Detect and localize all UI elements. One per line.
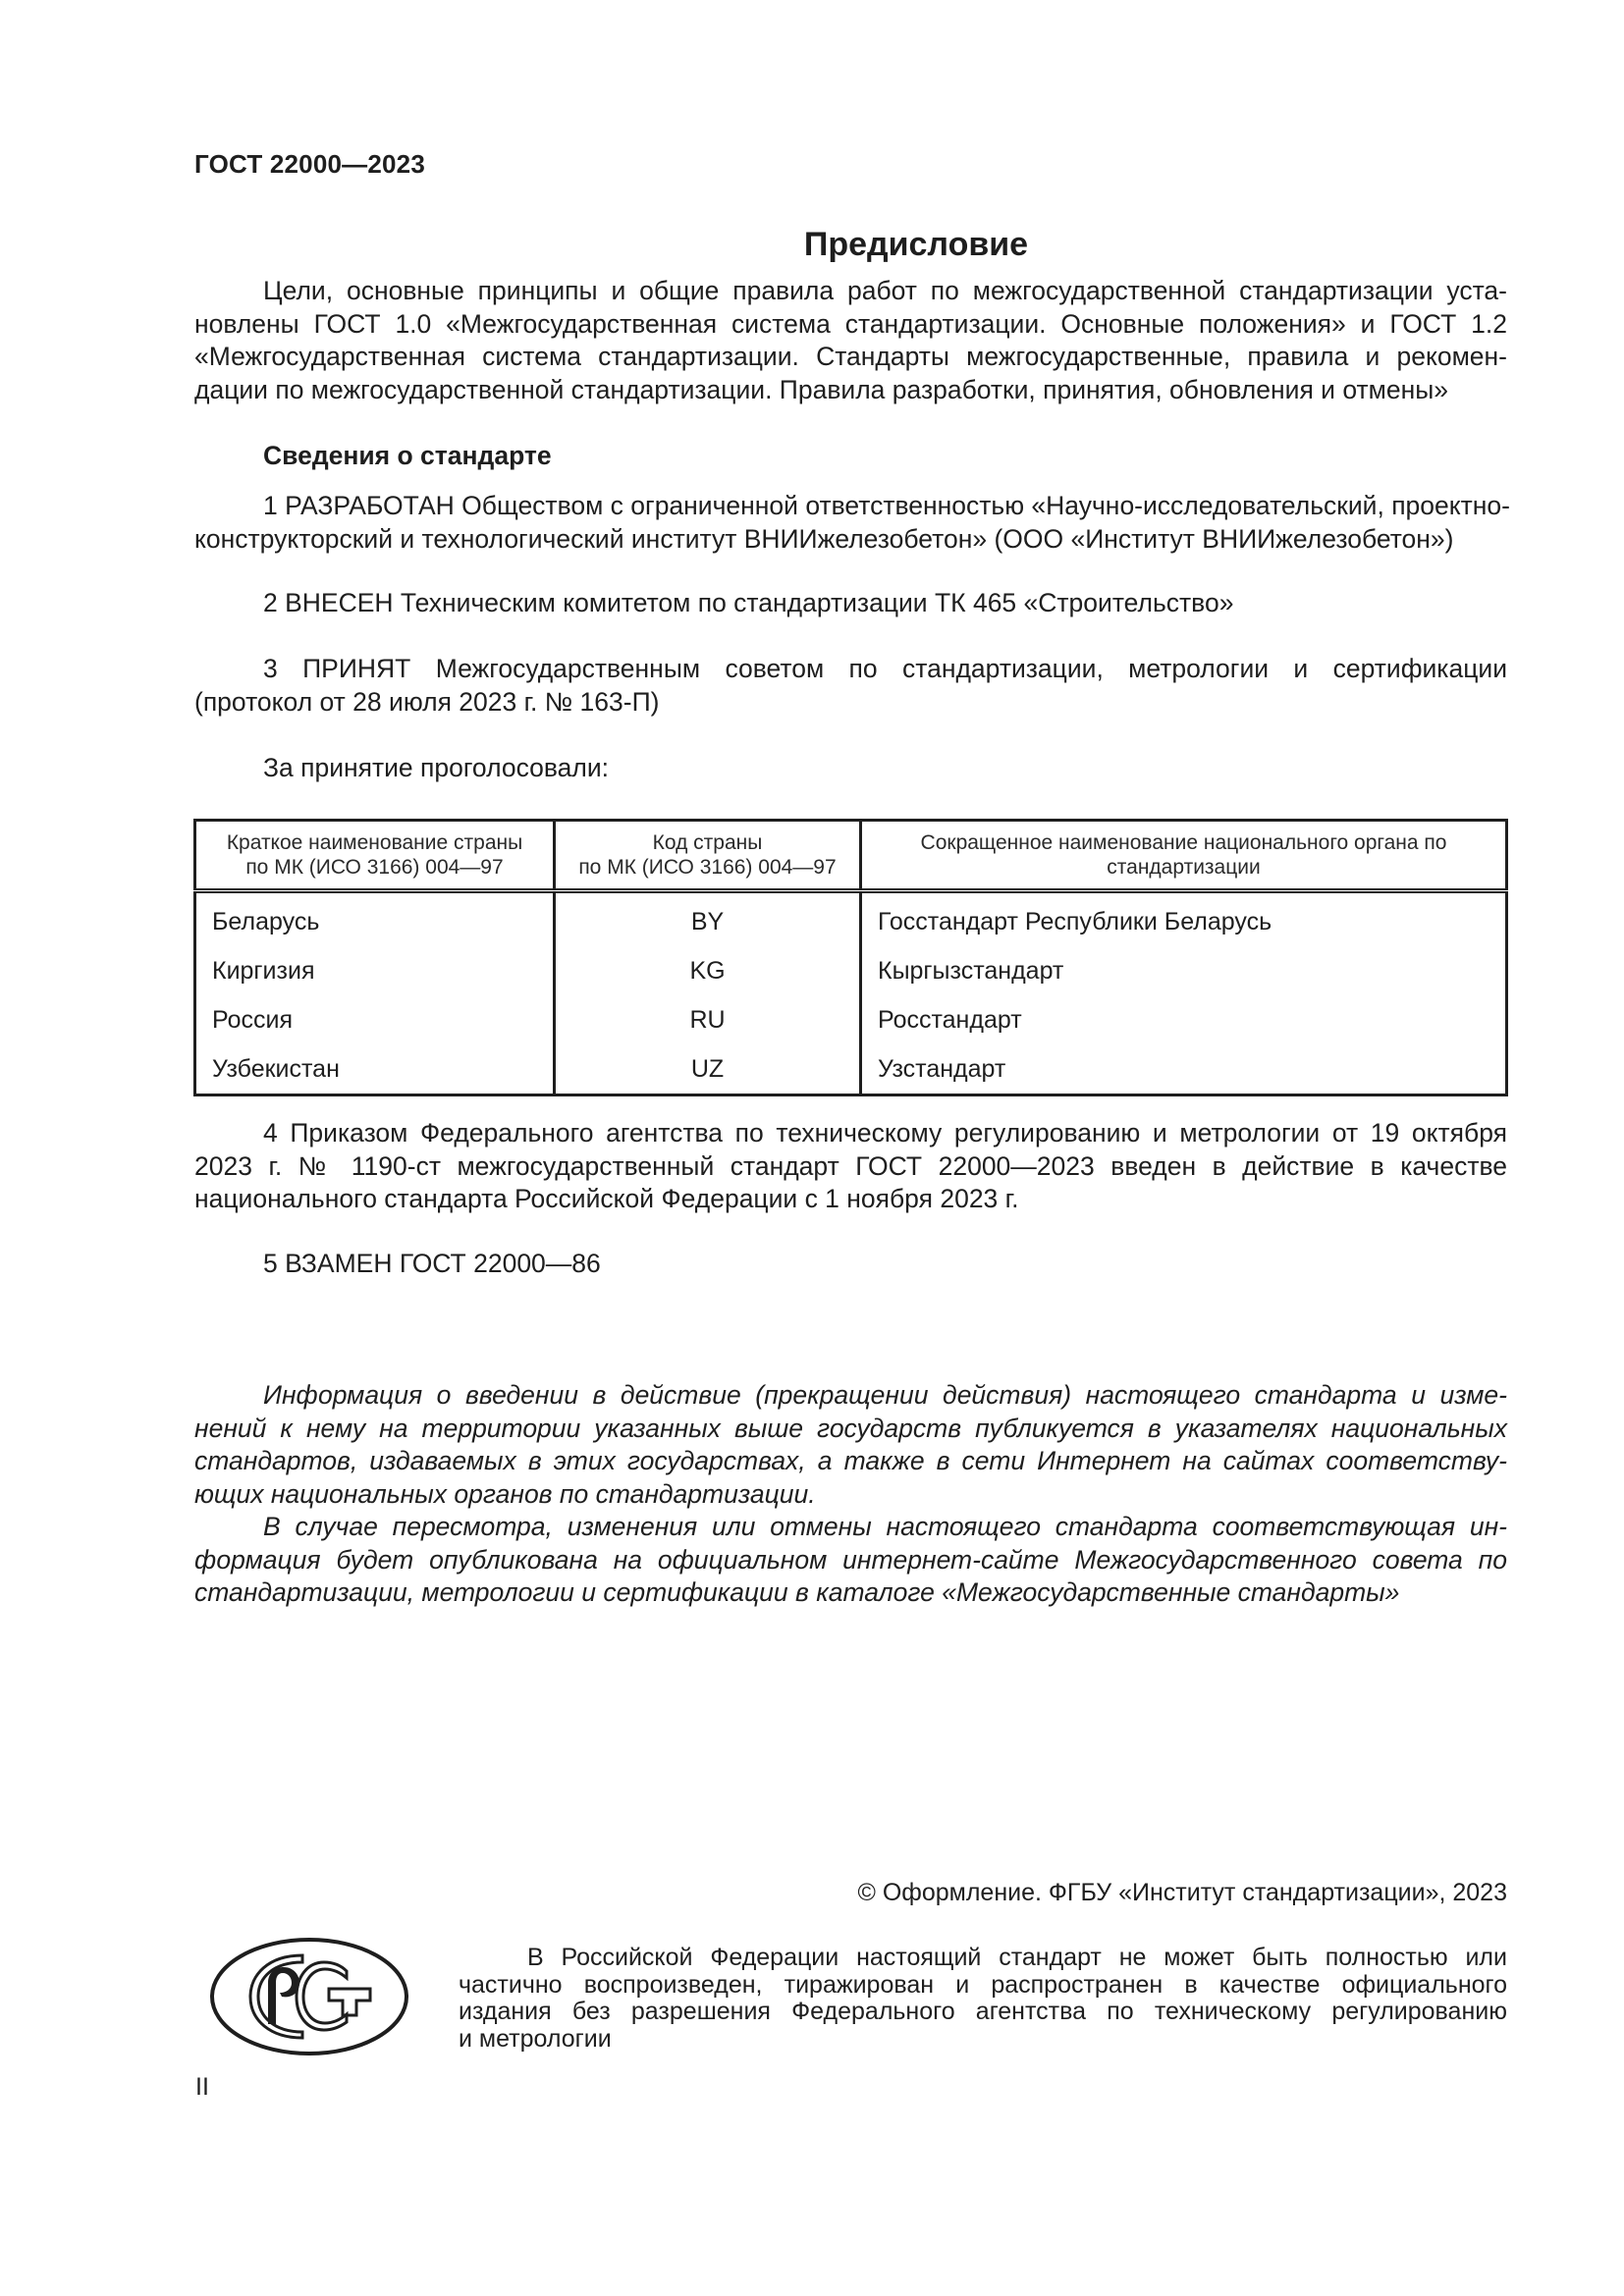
column-header-code: Код страны по МК (ИСО 3166) 004—97 bbox=[555, 821, 861, 891]
table-row: Россия RU Росстандарт bbox=[195, 995, 1507, 1044]
table-row: Узбекистан UZ Узстандарт bbox=[195, 1044, 1507, 1095]
item-1: 1 РАЗРАБОТАН Обществом с ограниченной от… bbox=[194, 490, 1507, 556]
notice-line: стандартов, издаваемых в этих государств… bbox=[194, 1445, 1507, 1478]
intro-line: «Межгосударственная система стандартизац… bbox=[194, 341, 1507, 374]
column-header-national-body: Сокращенное наименование национального о… bbox=[861, 821, 1507, 891]
voted-label-text: За принятие проголосовали: bbox=[194, 752, 1507, 785]
info-heading: Сведения о стандарте bbox=[194, 440, 1507, 473]
notice-line: нений к нему на территории указанных выш… bbox=[194, 1413, 1507, 1446]
notice-paragraph-2: В случае пересмотра, изменения или отмен… bbox=[194, 1511, 1507, 1610]
table-row: Киргизия KG Кыргызстандарт bbox=[195, 946, 1507, 995]
voted-label: За принятие проголосовали: bbox=[194, 752, 1507, 785]
item-3-line: (протокол от 28 июля 2023 г. № 163-П) bbox=[194, 686, 1507, 720]
notice-line: Информация о введении в действие (прекра… bbox=[194, 1379, 1507, 1413]
code-cell: RU bbox=[555, 995, 861, 1044]
country-cell: Россия bbox=[195, 995, 555, 1044]
intro-line: Цели, основные принципы и общие правила … bbox=[194, 275, 1507, 308]
code-cell: UZ bbox=[555, 1044, 861, 1095]
national-body-cell: Госстандарт Республики Беларусь bbox=[861, 891, 1507, 947]
national-body-cell: Росстандарт bbox=[861, 995, 1507, 1044]
rights-line: и метрологии bbox=[459, 2026, 1507, 2054]
rights-line: частично воспроизведен, тиражирован и ра… bbox=[459, 1972, 1507, 2000]
item-3: 3 ПРИНЯТ Межгосударственным советом по с… bbox=[194, 653, 1507, 719]
country-cell: Киргизия bbox=[195, 946, 555, 995]
notice-line: ющих национальных органов по стандартиза… bbox=[194, 1478, 1507, 1512]
item-3-line: 3 ПРИНЯТ Межгосударственным советом по с… bbox=[194, 653, 1507, 686]
table-row: Беларусь BY Госстандарт Республики Белар… bbox=[195, 891, 1507, 947]
copyright-notice: © Оформление. ФГБУ «Институт стандартиза… bbox=[589, 1879, 1507, 1907]
notice-line: стандартизации, метрологии и сертификаци… bbox=[194, 1576, 1507, 1610]
code-cell: BY bbox=[555, 891, 861, 947]
column-header-country: Краткое наименование страны по МК (ИСО 3… bbox=[195, 821, 555, 891]
code-cell: KG bbox=[555, 946, 861, 995]
rst-certification-mark-icon bbox=[209, 1936, 410, 2057]
item-5: 5 ВЗАМЕН ГОСТ 22000—86 bbox=[194, 1248, 1507, 1281]
item-5-line: 5 ВЗАМЕН ГОСТ 22000—86 bbox=[194, 1248, 1507, 1281]
table-header-row: Краткое наименование страны по МК (ИСО 3… bbox=[195, 821, 1507, 891]
rights-line: издания без разрешения Федерального аген… bbox=[459, 1999, 1507, 2026]
item-2: 2 ВНЕСЕН Техническим комитетом по станда… bbox=[194, 587, 1507, 620]
item-2-line: 2 ВНЕСЕН Техническим комитетом по станда… bbox=[194, 587, 1507, 620]
national-body-cell: Кыргызстандарт bbox=[861, 946, 1507, 995]
item-1-line: конструкторский и технологический инстит… bbox=[194, 523, 1507, 557]
item-4-line: национального стандарта Российской Федер… bbox=[194, 1183, 1507, 1216]
page-number: II bbox=[195, 2073, 209, 2102]
notice-line: формация будет опубликована на официальн… bbox=[194, 1544, 1507, 1577]
national-body-cell: Узстандарт bbox=[861, 1044, 1507, 1095]
page-title: Предисловие bbox=[0, 226, 1624, 264]
notice-line: В случае пересмотра, изменения или отмен… bbox=[194, 1511, 1507, 1544]
item-4-line: 2023 г. № 1190-ст межгосударственный ста… bbox=[194, 1150, 1507, 1184]
document-code: ГОСТ 22000—2023 bbox=[194, 149, 425, 180]
item-1-line: 1 РАЗРАБОТАН Обществом с ограниченной от… bbox=[194, 490, 1507, 523]
item-4-line: 4 Приказом Федерального агентства по тех… bbox=[194, 1117, 1507, 1150]
country-cell: Узбекистан bbox=[195, 1044, 555, 1095]
intro-line: дации по межгосударственной стандартизац… bbox=[194, 374, 1507, 407]
voting-countries-table: Краткое наименование страны по МК (ИСО 3… bbox=[193, 819, 1508, 1096]
country-cell: Беларусь bbox=[195, 891, 555, 947]
intro-line: новлены ГОСТ 1.0 «Межгосударственная сис… bbox=[194, 308, 1507, 342]
item-4: 4 Приказом Федерального агентства по тех… bbox=[194, 1117, 1507, 1216]
notice-paragraph-1: Информация о введении в действие (прекра… bbox=[194, 1379, 1507, 1511]
rights-line: В Российской Федерации настоящий стандар… bbox=[459, 1945, 1507, 1972]
intro-paragraph: Цели, основные принципы и общие правила … bbox=[194, 275, 1507, 406]
reproduction-rights-notice: В Российской Федерации настоящий стандар… bbox=[459, 1945, 1507, 2053]
